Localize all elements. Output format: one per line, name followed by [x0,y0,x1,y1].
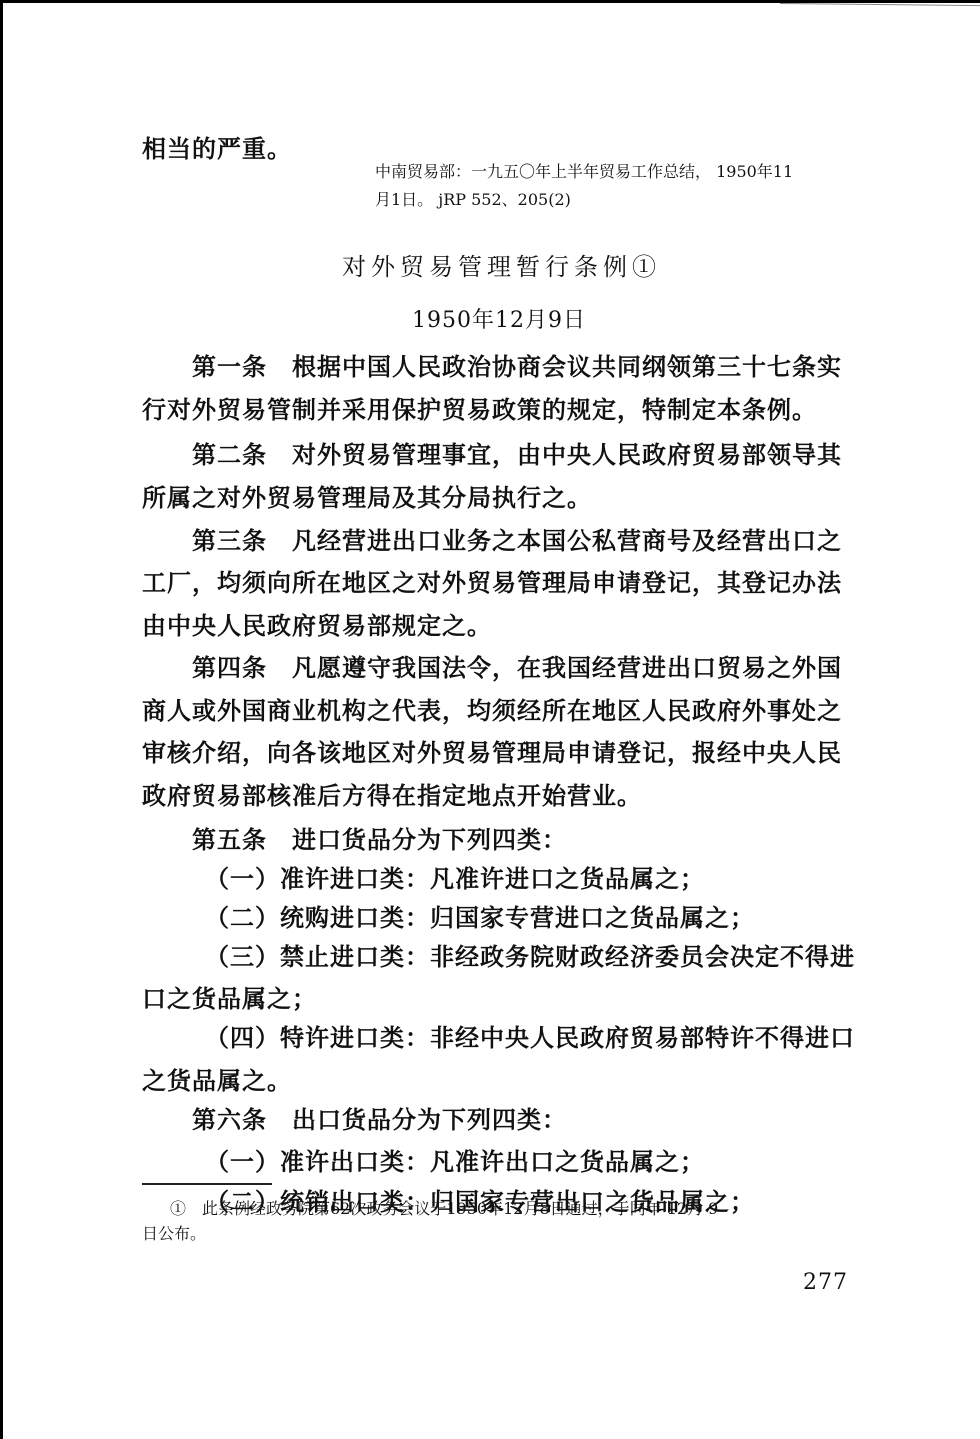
body-line: 第五条 进口货品分为下列四类： [192,825,567,855]
scan-border-top [0,0,980,3]
body-line: 第四条 凡愿遵守我国法令，在我国经营进出口贸易之外国 [192,653,842,683]
body-line: 口之货品属之； [142,984,317,1014]
body-line: 所属之对外贸易管理局及其分局执行之。 [142,483,592,513]
body-line: （一）准许进口类：凡准许进口之货品属之； [205,864,705,894]
footnote-line-2: 日公布。 [142,1223,206,1245]
body-line: 行对外贸易管制并采用保护贸易政策的规定，特制定本条例。 [142,395,817,425]
body-line: 由中央人民政府贸易部规定之。 [142,611,492,641]
body-line: 第二条 对外贸易管理事宜，由中央人民政府贸易部领导其 [192,440,842,470]
body-line: （三）禁止进口类：非经政务院财政经济委员会决定不得进 [205,942,855,972]
previous-paragraph-end: 相当的严重。 [142,134,292,164]
document-date: 1950年12月9日 [412,306,586,336]
citation-line-2: 月1日。 jRP 552、205(2) [375,189,571,211]
scan-border-left [0,0,3,1439]
page-number: 277 [803,1268,848,1298]
footnote-line-1: ① 此条例经政务院第62次政务会议于1950年12月8日通过，于同年 12月 9 [170,1198,718,1220]
document-title: 对外贸易管理暂行条例① [342,252,661,282]
body-line: 第一条 根据中国人民政治协商会议共同纲领第三十七条实 [192,352,842,382]
body-line: 第三条 凡经营进出口业务之本国公私营商号及经营出口之 [192,526,842,556]
body-line: 之货品属之。 [142,1066,292,1096]
body-line: 商人或外国商业机构之代表，均须经所在地区人民政府外事处之 [142,696,842,726]
body-line: （二）统购进口类：归国家专营进口之货品属之； [205,903,755,933]
body-line: 第六条 出口货品分为下列四类： [192,1105,567,1135]
body-line: 政府贸易部核准后方得在指定地点开始营业。 [142,781,642,811]
body-line: 审核介绍，向各该地区对外贸易管理局申请登记，报经中央人民 [142,738,842,768]
citation-line-1: 中南贸易部：一九五〇年上半年贸易工作总结， 1950年11 [375,161,793,183]
body-line: （四）特许进口类：非经中央人民政府贸易部特许不得进口 [205,1023,855,1053]
scan-border-top-shadow [780,3,980,10]
body-line: （一）准许出口类：凡准许出口之货品属之； [205,1147,705,1177]
body-line: 工厂，均须向所在地区之对外贸易管理局申请登记，其登记办法 [142,568,842,598]
footnote-divider [142,1183,272,1185]
